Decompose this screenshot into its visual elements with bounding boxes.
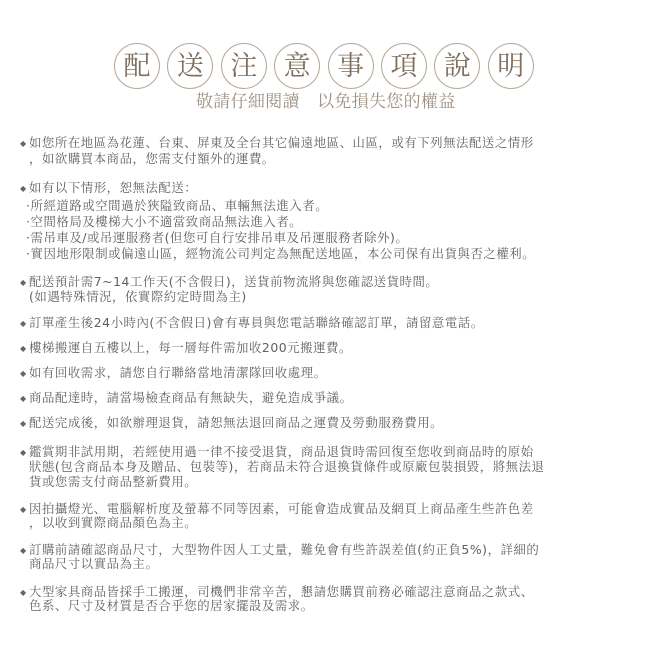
diamond-bullet-icon: ◆ xyxy=(20,366,29,381)
note-text: 色系、尺寸及材質是否合乎您的居家擺設及需求。 xyxy=(29,598,314,613)
diamond-bullet-icon: ◆ xyxy=(20,341,29,356)
note-text: ，以收到實際商品顏色為主。 xyxy=(29,515,197,530)
note-item: ◆如您所在地區為花蓮、台東、屏東及全台其它偏遠地區、山區，或有下列無法配送之情形 xyxy=(20,135,534,151)
diamond-bullet-icon: ◆ xyxy=(20,275,29,290)
note-item: ◆配送預計需7~14工作天(不含假日)，送貨前物流將與您確認送貨時間。 xyxy=(20,274,438,290)
title-char-circle: 說 xyxy=(434,43,480,89)
note-text: 因拍攝燈光、電腦解析度及螢幕不同等因素，可能會造成實品及網頁上商品產生些許色差 xyxy=(29,501,534,516)
title-circles: 配 送 注 意 事 項 說 明 xyxy=(114,43,534,89)
note-text: 貨或您需支付商品整新費用。 xyxy=(29,474,197,489)
note-text: (如遇特殊情況，依實際約定時間為主) xyxy=(29,289,247,304)
note-text: 狀態(包含商品本身及贈品、包裝等)，若商品未符合退換貨條件或原廠包裝損毀，將無法… xyxy=(29,459,544,474)
note-item: ◆樓梯搬運自五樓以上，每一層每件需加收200元搬運費。 xyxy=(20,340,352,356)
note-item: ◆如有以下情形，恕無法配送： xyxy=(20,180,197,196)
note-text: 所經道路或空間過於狹隘致商品、車輛無法進入者。 xyxy=(31,198,329,213)
note-sub-item: ·實因地形限制或偏遠山區，經物流公司判定為無配送地區，本公司保有出貨與否之權利。 xyxy=(26,246,535,261)
note-item: ◆配送完成後，如欲辦理退貨，請恕無法退回商品之運費及勞動服務費用。 xyxy=(20,415,443,431)
note-sub-item: ·空間格局及樓梯大小不適當致商品無法進入者。 xyxy=(26,214,302,229)
title-char-circle: 配 xyxy=(114,43,160,89)
note-sub-item: ·需吊車及/或吊運服務者(但您可自行安排吊車及吊運服務者除外)。 xyxy=(26,230,408,245)
note-continuation: 狀態(包含商品本身及贈品、包裝等)，若商品未符合退換貨條件或原廠包裝損毀，將無法… xyxy=(20,459,544,474)
title-char-circle: 送 xyxy=(167,43,213,89)
note-item: ◆訂單產生後24小時內(不含假日)會有專員與您電話聯絡確認訂單，請留意電話。 xyxy=(20,315,484,331)
diamond-bullet-icon: ◆ xyxy=(20,416,29,431)
note-text: 商品尺寸以實品為主。 xyxy=(29,556,158,571)
note-text: 商品配達時，請當場檢查商品有無缺失，避免造成爭議。 xyxy=(29,390,353,405)
note-continuation: 色系、尺寸及材質是否合乎您的居家擺設及需求。 xyxy=(20,598,314,613)
note-text: 如您所在地區為花蓮、台東、屏東及全台其它偏遠地區、山區，或有下列無法配送之情形 xyxy=(29,135,534,150)
diamond-bullet-icon: ◆ xyxy=(20,445,29,460)
diamond-bullet-icon: ◆ xyxy=(20,136,29,151)
page-subtitle: 敬請仔細閱讀 以免損失您的權益 xyxy=(196,91,456,113)
note-item: ◆商品配達時，請當場檢查商品有無缺失，避免造成爭議。 xyxy=(20,390,353,406)
note-text: 需吊車及/或吊運服務者(但您可自行安排吊車及吊運服務者除外)。 xyxy=(31,230,409,245)
diamond-bullet-icon: ◆ xyxy=(20,391,29,406)
diamond-bullet-icon: ◆ xyxy=(20,316,29,331)
page-header: 配 送 注 意 事 項 說 明 敬請仔細閱讀 以免損失您的權益 xyxy=(0,0,650,120)
note-item: ◆鑑賞期非試用期，若經使用過一律不接受退貨，商品退貨時需回復至您收到商品時的原始 xyxy=(20,444,534,460)
note-text: 如有以下情形，恕無法配送： xyxy=(29,180,197,195)
note-text: 大型家具商品皆採手工搬運，司機們非常辛苦，懇請您購買前務必確認注意商品之款式、 xyxy=(29,584,534,599)
note-continuation: (如遇特殊情況，依實際約定時間為主) xyxy=(20,289,247,304)
note-continuation: 商品尺寸以實品為主。 xyxy=(20,556,158,571)
note-text: 配送完成後，如欲辦理退貨，請恕無法退回商品之運費及勞動服務費用。 xyxy=(29,415,443,430)
note-item: ◆如有回收需求，請您自行聯絡當地清潔隊回收處理。 xyxy=(20,365,327,381)
note-text: 實因地形限制或偏遠山區，經物流公司判定為無配送地區，本公司保有出貨與否之權利。 xyxy=(31,246,536,261)
title-char-circle: 意 xyxy=(274,43,320,89)
title-char-circle: 項 xyxy=(381,43,427,89)
note-text: 訂單產生後24小時內(不含假日)會有專員與您電話聯絡確認訂單，請留意電話。 xyxy=(29,315,484,330)
note-text: 配送預計需7~14工作天(不含假日)，送貨前物流將與您確認送貨時間。 xyxy=(29,274,438,289)
title-char-circle: 事 xyxy=(328,43,374,89)
diamond-bullet-icon: ◆ xyxy=(20,181,29,196)
note-continuation: 貨或您需支付商品整新費用。 xyxy=(20,474,197,489)
note-continuation: ，如欲購買本商品，您需支付額外的運費。 xyxy=(20,151,275,166)
note-continuation: ，以收到實際商品顏色為主。 xyxy=(20,515,197,530)
note-sub-item: ·所經道路或空間過於狹隘致商品、車輛無法進入者。 xyxy=(26,198,328,213)
note-text: 如有回收需求，請您自行聯絡當地清潔隊回收處理。 xyxy=(29,365,327,380)
note-text: ，如欲購買本商品，您需支付額外的運費。 xyxy=(29,151,275,166)
note-text: 樓梯搬運自五樓以上，每一層每件需加收200元搬運費。 xyxy=(29,340,352,355)
note-text: 空間格局及樓梯大小不適當致商品無法進入者。 xyxy=(31,214,303,229)
note-text: 鑑賞期非試用期，若經使用過一律不接受退貨，商品退貨時需回復至您收到商品時的原始 xyxy=(29,444,534,459)
note-text: 訂購前請確認商品尺寸，大型物件因人工丈量，難免會有些許誤差值(約正負5%)，詳細… xyxy=(29,542,539,557)
title-char-circle: 明 xyxy=(488,43,534,89)
title-char-circle: 注 xyxy=(221,43,267,89)
